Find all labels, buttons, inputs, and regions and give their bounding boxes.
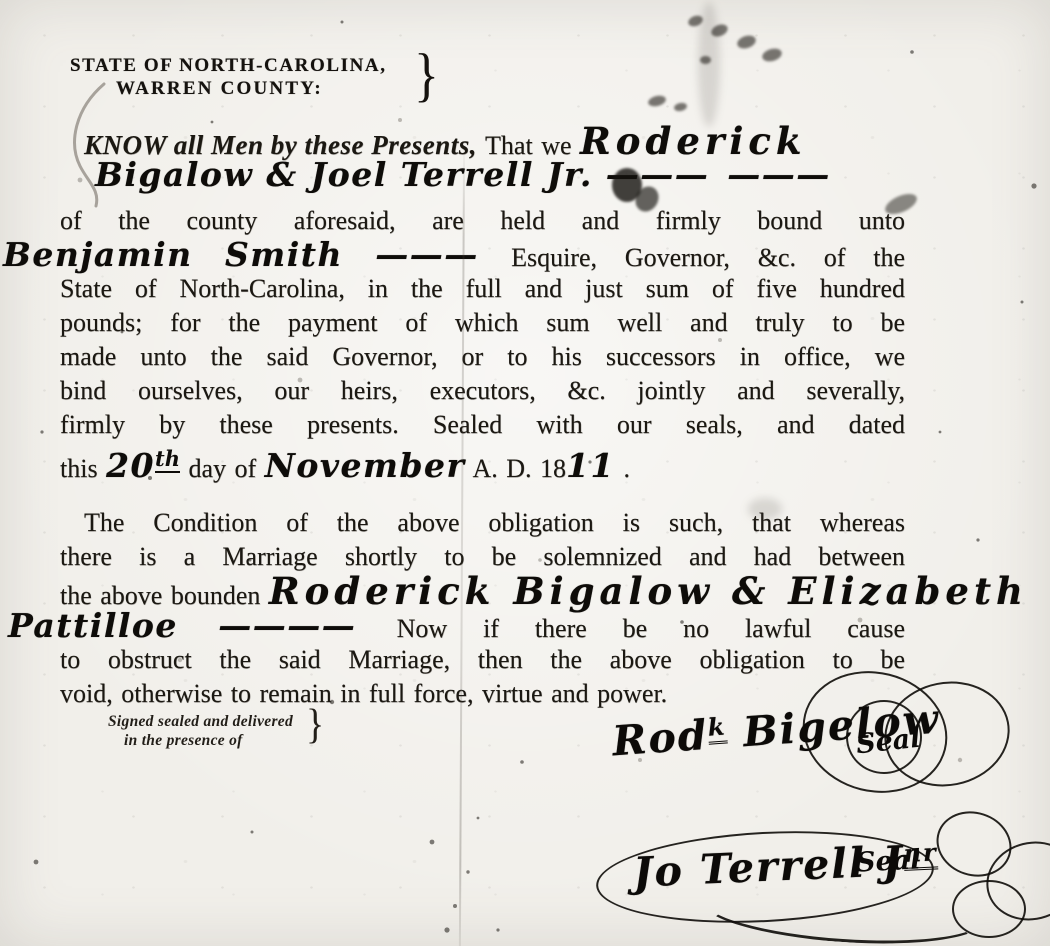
handwritten-text: th (155, 446, 180, 473)
ink-smudge (761, 46, 784, 63)
printed-text: Now if there be no lawful cause (397, 614, 905, 643)
document-line: Benjamin Smith ——— Esquire, Governor, &c… (3, 238, 905, 272)
printed-text: of the county aforesaid, are held and fi… (60, 206, 905, 235)
printed-text: bind ourselves, our heirs, executors, &c… (60, 376, 905, 405)
signature-superscript: k (707, 711, 728, 744)
header-state-line: STATE OF NORTH-CAROLINA, (70, 54, 387, 77)
document-line: this 20th day of November A. D. 1811 . (60, 442, 905, 476)
document-line: KNOW all Men by these Presents, That we … (60, 124, 905, 158)
document-line: to obstruct the said Marriage, then the … (60, 643, 905, 677)
handwritten-text: Pattilloe ———— (8, 606, 397, 645)
printed-text: to obstruct the said Marriage, then the … (60, 645, 905, 674)
signature-text: Rod (611, 711, 710, 766)
handwritten-text: November (265, 446, 466, 485)
ink-smudge (647, 94, 667, 108)
header-county-line: WARREN COUNTY: (116, 77, 387, 100)
document-line: pounds; for the payment of which sum wel… (60, 306, 905, 340)
printed-text: made unto the said Governor, or to his s… (60, 342, 905, 371)
printed-text: A. D. 18 (465, 454, 566, 483)
bond-obligation-paragraph: KNOW all Men by these Presents, That we … (60, 124, 905, 476)
handwritten-text: Benjamin Smith ——— (3, 235, 511, 274)
pen-squiggle-mark (66, 80, 126, 210)
handwritten-text: 20 (106, 446, 155, 485)
printed-text: void, otherwise to remain in full force,… (60, 679, 667, 708)
witness-line-1: Signed sealed and delivered (108, 712, 293, 731)
document-line: made unto the said Governor, or to his s… (60, 340, 905, 374)
printed-text: Esquire, Governor, &c. of the (511, 243, 905, 272)
printed-text: The Condition of the above obligation is… (84, 508, 905, 537)
printed-text: there is a Marriage shortly to be solemn… (60, 542, 905, 571)
seal-flourish-ring (952, 880, 1026, 938)
handwritten-text: 11 (566, 446, 615, 485)
ink-smudge (700, 56, 711, 64)
witness-attestation: Signed sealed and delivered in the prese… (108, 712, 293, 750)
printed-text: this (60, 454, 106, 483)
document-line: Bigalow & Joel Terrell Jr. ——— ——— (95, 158, 905, 192)
document-line: of the county aforesaid, are held and fi… (60, 204, 905, 238)
document-line: firmly by these presents. Sealed with ou… (60, 408, 905, 442)
bond-condition-paragraph: The Condition of the above obligation is… (60, 506, 905, 711)
witness-brace-glyph: } (306, 701, 324, 749)
printed-text: firmly by these presents. Sealed with ou… (60, 410, 905, 439)
document-line: bind ourselves, our heirs, executors, &c… (60, 374, 905, 408)
gray-smear (748, 498, 782, 520)
document-line: State of North-Carolina, in the full and… (60, 272, 905, 306)
witness-line-2: in the presence of (124, 731, 293, 750)
header-brace-glyph: } (414, 42, 439, 110)
seal-word: Seal (855, 844, 921, 878)
signature-tail-flourish (698, 868, 988, 946)
printed-text: pounds; for the payment of which sum wel… (60, 308, 905, 337)
printed-text: State of North-Carolina, in the full and… (60, 274, 905, 303)
printed-text: . (615, 454, 630, 483)
document-line: the above bounden Roderick Bigalow & Eli… (60, 574, 905, 608)
document-line: Pattilloe ———— Now if there be no lawful… (8, 609, 905, 643)
ink-smudge (673, 102, 687, 113)
printed-text: day of (180, 454, 265, 483)
ink-smudge (736, 33, 758, 50)
scanned-marriage-bond-document: STATE OF NORTH-CAROLINA, WARREN COUNTY: … (0, 0, 1050, 946)
